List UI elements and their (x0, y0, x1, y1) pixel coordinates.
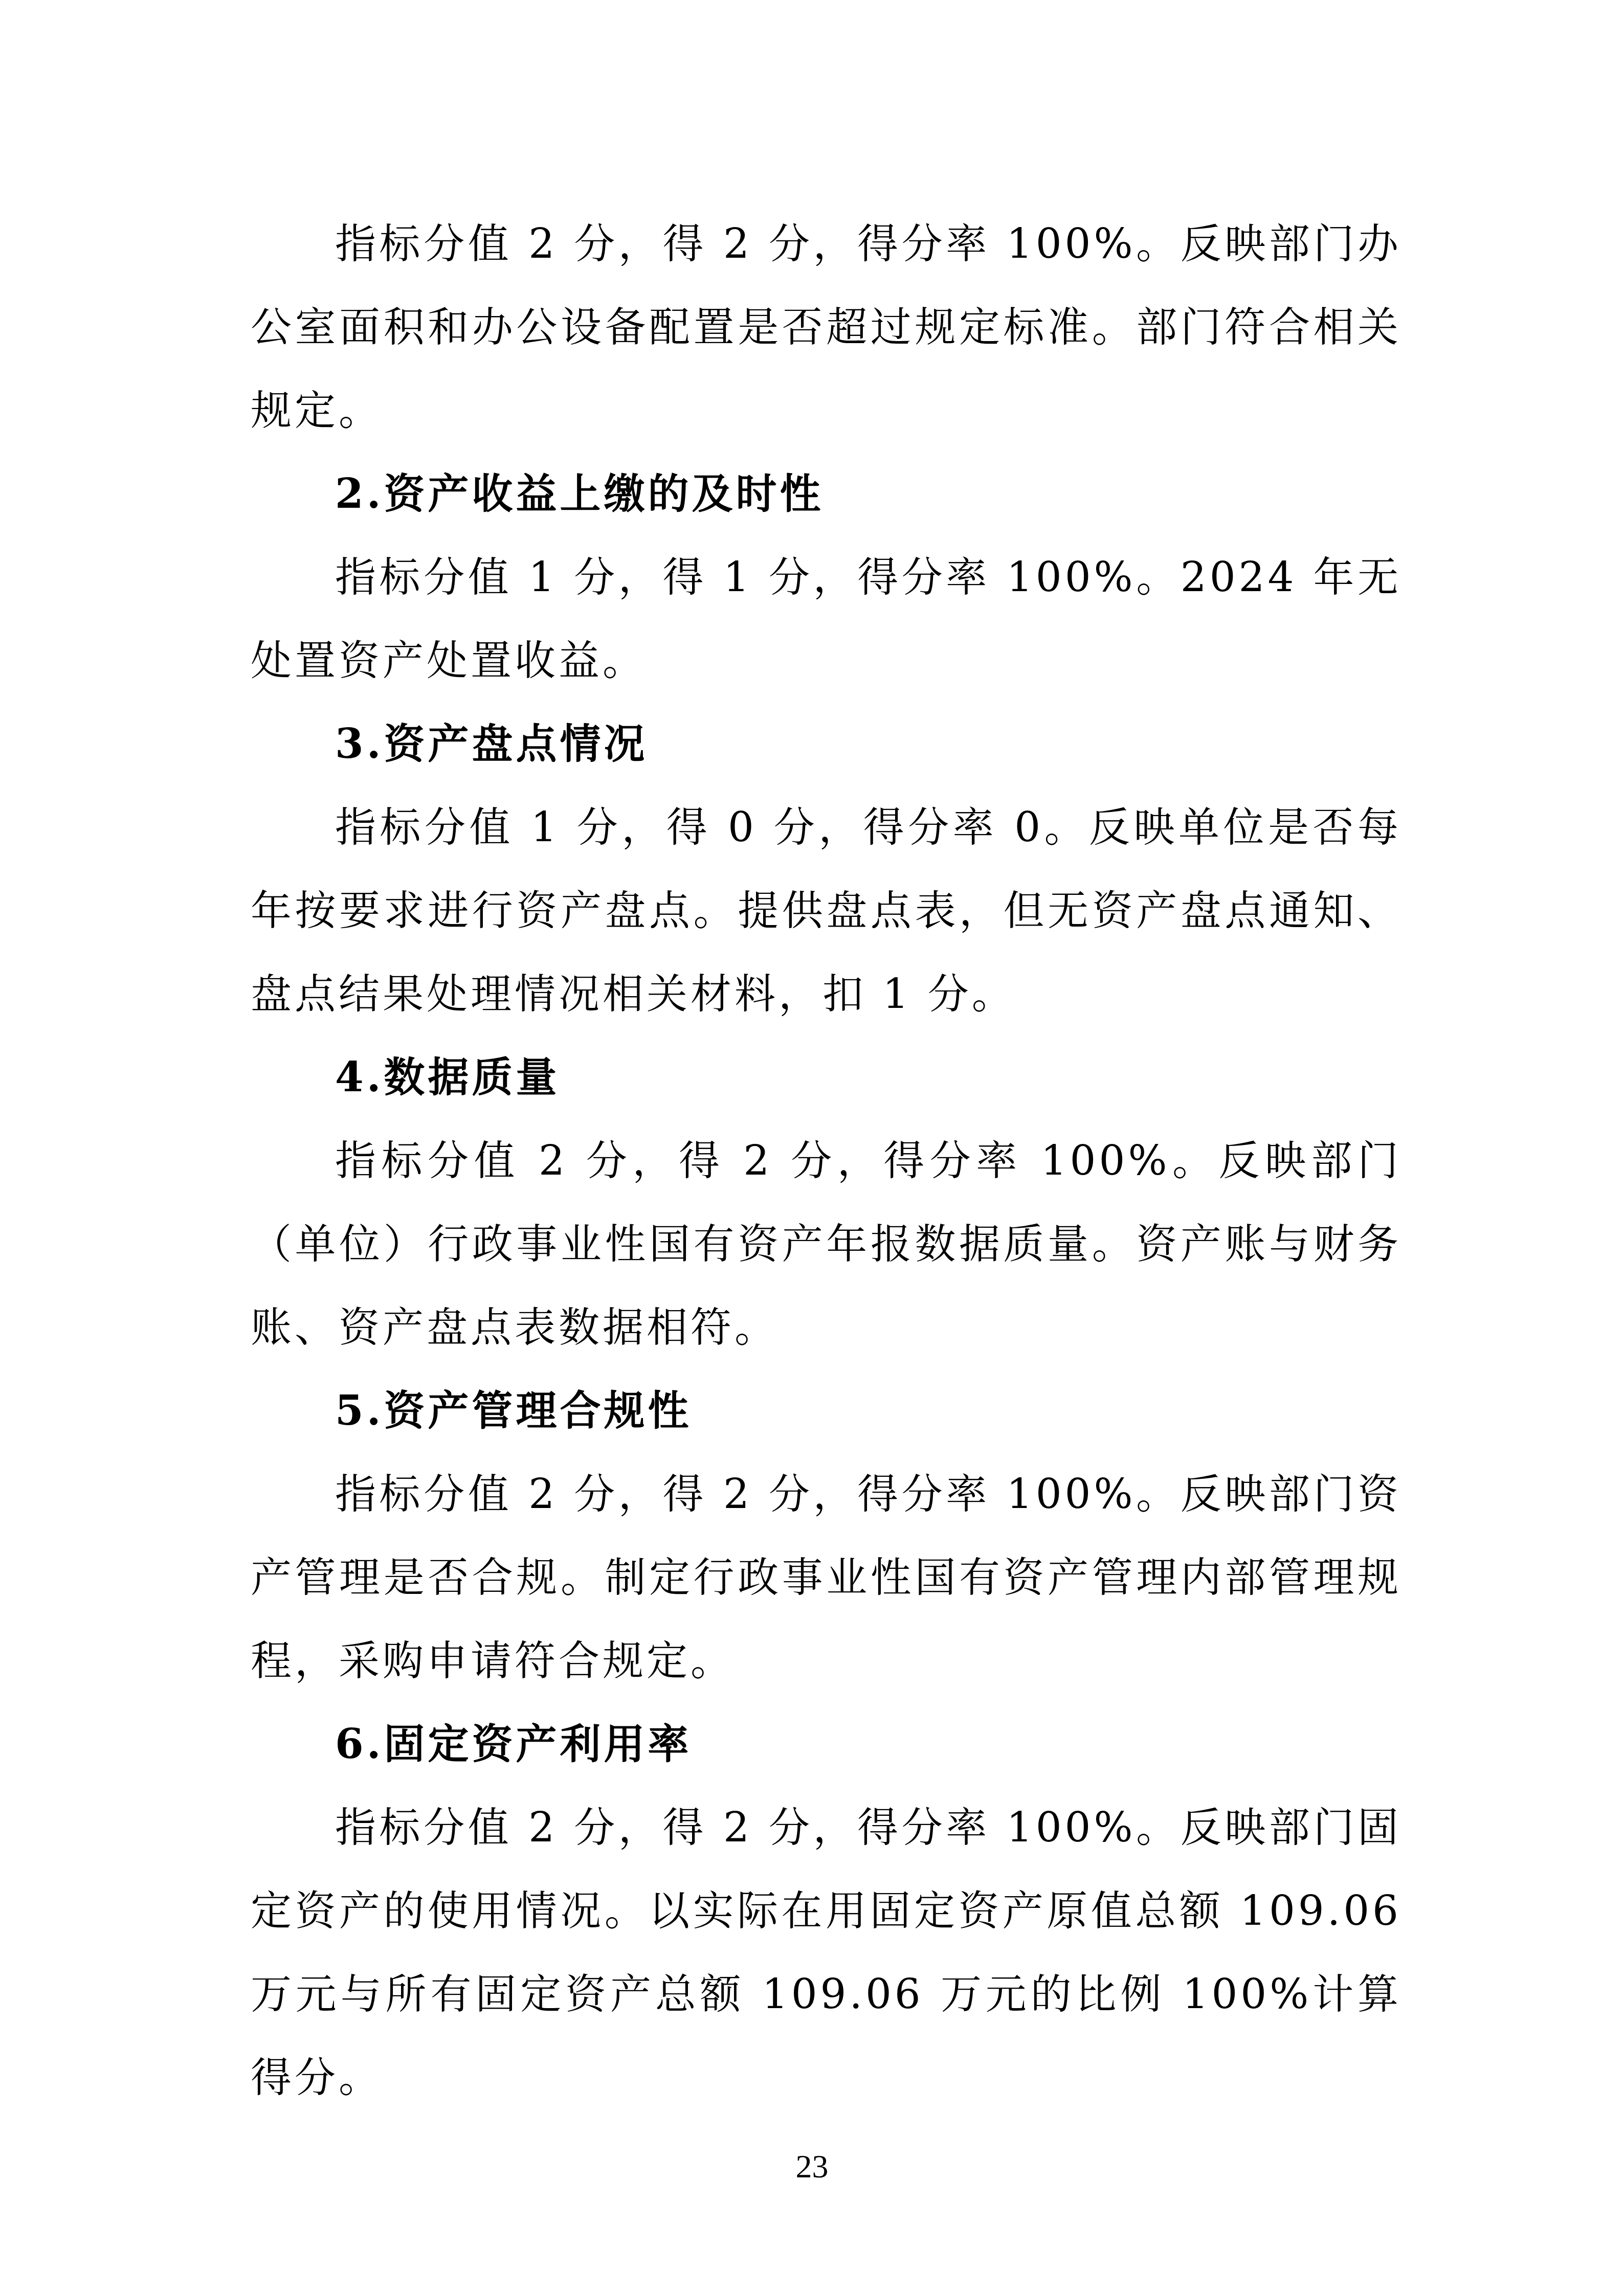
paragraph-asset-revenue: 指标分值 1 分，得 1 分，得分率 100%。2024 年无处置资产处置收益。 (251, 535, 1401, 702)
heading-asset-revenue: 2.资产收益上缴的及时性 (251, 452, 1401, 535)
paragraph-data-quality: 指标分值 2 分，得 2 分，得分率 100%。反映部门（单位）行政事业性国有资… (251, 1119, 1401, 1369)
heading-data-quality: 4.数据质量 (251, 1036, 1401, 1119)
paragraph-asset-inventory: 指标分值 1 分，得 0 分，得分率 0。反映单位是否每年按要求进行资产盘点。提… (251, 785, 1401, 1036)
document-body: 指标分值 2 分，得 2 分，得分率 100%。反映部门办公室面积和办公设备配置… (251, 202, 1401, 2119)
page-number: 23 (0, 2148, 1624, 2186)
paragraph-fixed-asset-utilization: 指标分值 2 分，得 2 分，得分率 100%。反映部门固定资产的使用情况。以实… (251, 1786, 1401, 2119)
heading-asset-compliance: 5.资产管理合规性 (251, 1369, 1401, 1452)
heading-fixed-asset-utilization: 6.固定资产利用率 (251, 1702, 1401, 1786)
heading-asset-inventory: 3.资产盘点情况 (251, 702, 1401, 785)
paragraph-asset-compliance: 指标分值 2 分，得 2 分，得分率 100%。反映部门资产管理是否合规。制定行… (251, 1452, 1401, 1702)
paragraph-office-space: 指标分值 2 分，得 2 分，得分率 100%。反映部门办公室面积和办公设备配置… (251, 202, 1401, 452)
